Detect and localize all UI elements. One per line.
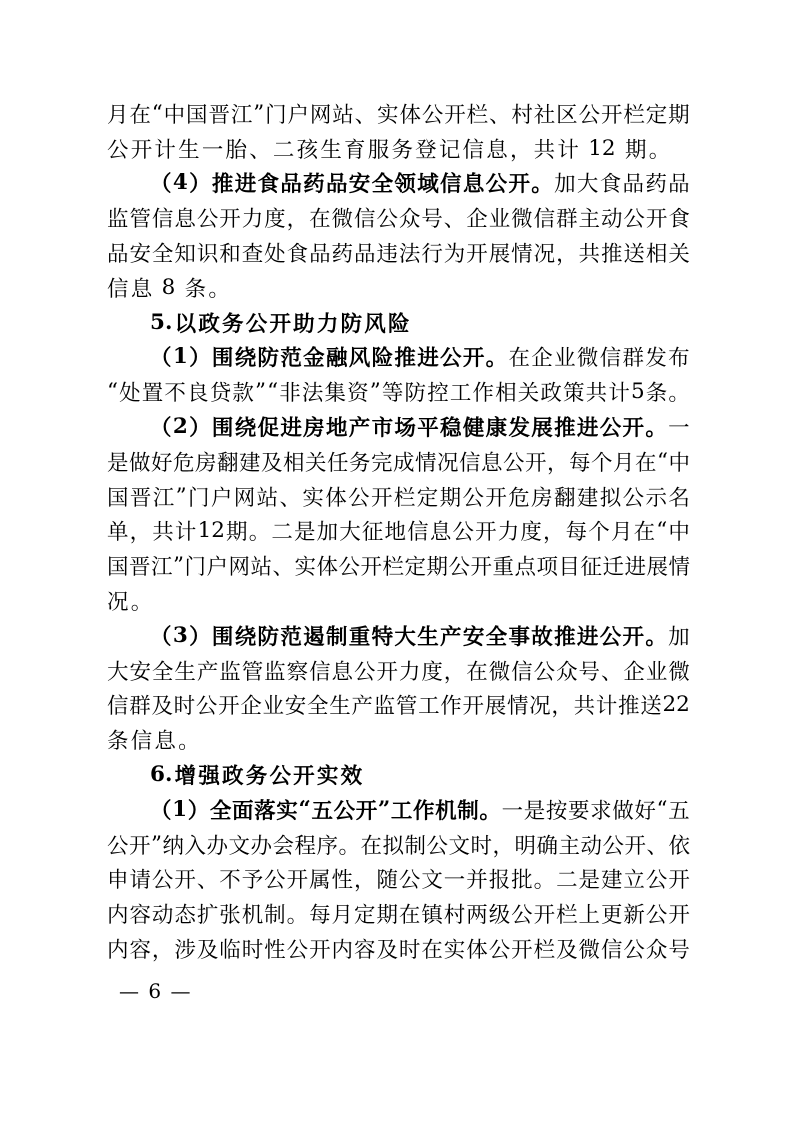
text-token: 动 xyxy=(601,202,623,233)
text-token: 二 xyxy=(271,515,293,546)
text-token: 力 xyxy=(399,655,421,686)
text-token: 号 xyxy=(668,933,690,964)
text-token: 晋 xyxy=(129,550,151,581)
bold-text-token: 故 xyxy=(531,620,553,651)
text-token: 防 xyxy=(405,376,427,407)
bold-text-token: ） xyxy=(189,411,211,442)
bold-text-token: 制 xyxy=(457,794,479,825)
text-token: 度 xyxy=(520,515,542,546)
text-token: 。 xyxy=(178,724,200,755)
text-token: 晋 xyxy=(130,481,152,512)
text-token: 全 xyxy=(152,655,174,686)
text-token: 信 xyxy=(511,655,533,686)
text-token: 属 xyxy=(309,863,331,894)
text-token: 知 xyxy=(174,237,196,268)
text-token: 公 xyxy=(579,98,601,129)
bold-text-token: 以 xyxy=(175,307,197,338)
text-token: 成 xyxy=(393,446,415,477)
text-token: 月 xyxy=(613,446,635,477)
text-token: 生 xyxy=(329,689,351,720)
text-token: 期 xyxy=(625,133,647,164)
text-token: 江 xyxy=(153,481,175,512)
bold-text-token: 进 xyxy=(577,411,599,442)
text-token: 开 xyxy=(601,98,623,129)
text-token: ， xyxy=(547,446,569,477)
text-token: 信 xyxy=(601,933,623,964)
text-token: 时 xyxy=(399,933,421,964)
text-token: 务 xyxy=(349,446,371,477)
text-token: 迁 xyxy=(602,550,624,581)
text-token: 做 xyxy=(129,446,151,477)
text-token: 、 xyxy=(279,481,301,512)
text-token: 集 xyxy=(325,376,347,407)
document-page: 月在“中国晋江”门户网站、实体公开栏、村社区公开栏定期公开计生一胎、二孩生育服务… xyxy=(0,0,793,1122)
text-token: 法 xyxy=(302,376,324,407)
text-token: 定 xyxy=(417,481,439,512)
text-token: 、 xyxy=(489,98,511,129)
text-token: 工 xyxy=(450,376,472,407)
text-token: 生 xyxy=(178,133,200,164)
text-token: 违 xyxy=(376,237,398,268)
text-token: 微 xyxy=(579,933,601,964)
text-token: 开 xyxy=(219,202,241,233)
text-token: 示 xyxy=(645,481,667,512)
document-body: 月在“中国晋江”门户网站、实体公开栏、村社区公开栏定期公开计生一胎、二孩生育服务… xyxy=(107,96,690,966)
text-token: 序 xyxy=(316,829,338,860)
text-token: 信 xyxy=(354,202,376,233)
text-token: 动 xyxy=(152,898,174,929)
text-token: 良 xyxy=(187,376,209,407)
bold-text-token: ） xyxy=(189,341,211,372)
text-token: 目 xyxy=(558,550,580,581)
text-token: 二 xyxy=(273,133,295,164)
text-token: 送 xyxy=(640,689,662,720)
bold-text-token: 进 xyxy=(280,411,302,442)
bold-text-token: 产 xyxy=(349,411,371,442)
text-token: 时 xyxy=(470,829,492,860)
text-token: ， xyxy=(354,863,376,894)
text-line: “处置不良贷款”“非法集资”等防控工作相关政策共计5条。 xyxy=(107,374,690,409)
text-token: 一 xyxy=(444,863,466,894)
text-token: 息 xyxy=(131,272,153,303)
text-token: 区 xyxy=(556,98,578,129)
text-token: 翻 xyxy=(217,446,239,477)
text-line: 6.增强政务公开实效 xyxy=(107,757,690,792)
text-token: 开 xyxy=(287,863,309,894)
text-token: 计 xyxy=(608,376,630,407)
text-token: 作 xyxy=(472,376,494,407)
text-token: 涉 xyxy=(174,933,196,964)
text-token: 款 xyxy=(232,376,254,407)
text-token: 开 xyxy=(309,933,331,964)
bold-text-token: 生 xyxy=(417,620,439,651)
text-token: 国 xyxy=(107,550,129,581)
text-token: 房 xyxy=(531,481,553,512)
bold-text-token: 公 xyxy=(246,307,268,338)
text-token: 办 xyxy=(206,829,228,860)
text-token: 公 xyxy=(448,550,470,581)
text-token: 、 xyxy=(197,863,219,894)
text-token: 不 xyxy=(164,376,186,407)
text-token: 及 xyxy=(151,689,173,720)
text-token: 业 xyxy=(263,689,285,720)
text-token: 报 xyxy=(489,863,511,894)
text-line: （3）围绕防范遏制重特大生产安全事故推进公开。加 xyxy=(107,618,690,653)
text-token: 12 xyxy=(198,518,225,543)
bold-text-token: 务 xyxy=(222,307,244,338)
bold-text-token: 五 xyxy=(311,794,333,825)
text-token: 展 xyxy=(646,550,668,581)
text-token: 共 xyxy=(534,133,556,164)
text-line: 公开”纳入办文办会程序。在拟制公文时，明确主动公开、依 xyxy=(107,827,690,862)
text-token: 户 xyxy=(211,481,233,512)
text-token: 作 xyxy=(440,689,462,720)
text-token: 开 xyxy=(129,829,151,860)
text-line: 国晋江”门户网站、实体公开栏定期公开危房翻建拟公示名 xyxy=(107,479,690,514)
text-token: 危 xyxy=(508,481,530,512)
text-token: 信 xyxy=(131,724,153,755)
text-token: 。 xyxy=(208,272,230,303)
bold-text-token: （ xyxy=(150,411,172,442)
bold-text-token: 市 xyxy=(372,411,394,442)
text-token: 月 xyxy=(332,898,354,929)
bold-text-token: 强 xyxy=(198,759,220,790)
text-token: 及 xyxy=(556,933,578,964)
text-token: 重 xyxy=(492,550,514,581)
text-token: 推 xyxy=(601,237,623,268)
bold-text-token: 开 xyxy=(356,794,378,825)
text-token: 务 xyxy=(391,133,413,164)
text-token: 任 xyxy=(327,446,349,477)
text-token: 企 xyxy=(466,202,488,233)
text-token: 公 xyxy=(452,515,474,546)
text-token: 条 xyxy=(107,724,129,755)
bold-text-token: 。 xyxy=(531,167,553,198)
text-token: 容 xyxy=(129,933,151,964)
text-token: 国 xyxy=(107,481,129,512)
text-token: 。 xyxy=(287,898,309,929)
text-token: 时 xyxy=(174,689,196,720)
text-token: 公 xyxy=(489,933,511,964)
text-token: 群 xyxy=(129,689,151,720)
bold-text-token: 围 xyxy=(212,620,234,651)
text-token: 产 xyxy=(351,689,373,720)
bold-text-token: 公 xyxy=(269,759,291,790)
text-token: ， xyxy=(444,655,466,686)
text-token: ” xyxy=(176,484,187,509)
text-token: 征 xyxy=(580,550,602,581)
text-line: （1）围绕防范金融风险推进公开。在企业微信群发布 xyxy=(107,340,690,375)
bold-text-token: 食 xyxy=(258,167,280,198)
text-token: 及 xyxy=(261,446,283,477)
bold-text-token: 推 xyxy=(394,341,416,372)
text-token: 申 xyxy=(107,863,129,894)
text-token: 信 xyxy=(459,446,481,477)
text-token: 栏 xyxy=(467,98,489,129)
text-token: 好 xyxy=(151,446,173,477)
bold-text-token: 5. xyxy=(150,310,172,335)
bold-text-token: ” xyxy=(378,797,390,822)
text-token: 处 xyxy=(119,376,141,407)
text-token: 开 xyxy=(668,898,690,929)
text-token: 众 xyxy=(646,933,668,964)
text-token: 发 xyxy=(645,341,667,372)
text-token: 管 xyxy=(242,655,264,686)
text-token: 单 xyxy=(107,515,129,546)
text-token: 处 xyxy=(264,237,286,268)
text-token: 立 xyxy=(623,863,645,894)
bold-text-token: 险 xyxy=(372,341,394,372)
text-token: 5 xyxy=(631,379,645,404)
text-token: 建 xyxy=(577,481,599,512)
text-line: 内容动态扩张机制。每月定期在镇村两级公开栏上更新公开 xyxy=(107,896,690,931)
text-token: ， xyxy=(287,202,309,233)
text-token: 大 xyxy=(577,167,599,198)
text-token: 性 xyxy=(264,933,286,964)
text-token: 药 xyxy=(645,167,667,198)
text-token: 期 xyxy=(426,550,448,581)
text-line: 条信息。 xyxy=(107,722,690,757)
bold-text-token: 公 xyxy=(486,167,508,198)
text-token: 级 xyxy=(489,898,511,929)
text-line: 大安全生产监管监察信息公开力度，在微信公众号、企业微 xyxy=(107,653,690,688)
text-token: 服 xyxy=(368,133,390,164)
text-token: 实 xyxy=(302,481,324,512)
text-token: 大 xyxy=(107,655,129,686)
text-token: 体 xyxy=(466,933,488,964)
text-token: 息 xyxy=(481,446,503,477)
text-token: 息 xyxy=(486,133,508,164)
bold-text-token: 1 xyxy=(172,797,187,822)
text-token: 公 xyxy=(107,133,129,164)
text-token: 资 xyxy=(347,376,369,407)
bold-text-token: “ xyxy=(298,797,310,822)
text-token: 法 xyxy=(399,237,421,268)
bold-text-token: 开 xyxy=(623,411,645,442)
text-token: 信 xyxy=(107,689,129,720)
text-token: 每 xyxy=(569,446,591,477)
bold-text-token: 实 xyxy=(276,794,298,825)
text-line: （2）围绕促进房地产市场平稳健康发展推进公开。一 xyxy=(107,409,690,444)
text-token: 晋 xyxy=(208,98,230,129)
bold-text-token: 开 xyxy=(293,759,315,790)
text-token: 名 xyxy=(668,481,690,512)
text-token: 、 xyxy=(646,829,668,860)
text-token: 实 xyxy=(444,933,466,964)
bold-text-token: 全 xyxy=(210,794,232,825)
text-token: 开 xyxy=(463,689,485,720)
bold-text-token: 防 xyxy=(341,307,363,338)
text-token: 力 xyxy=(498,515,520,546)
text-token: ” xyxy=(151,832,162,857)
text-token: 管 xyxy=(396,689,418,720)
text-token: “ xyxy=(107,379,118,404)
bold-text-token: 信 xyxy=(440,167,462,198)
text-token: 全 xyxy=(152,237,174,268)
bold-text-token: ） xyxy=(188,794,210,825)
text-line: 监管信息公开力度，在微信公众号、企业微信群主动公开食 xyxy=(107,200,690,235)
text-token: 定 xyxy=(646,98,668,129)
bold-text-token: 效 xyxy=(341,759,363,790)
bold-text-token: 促 xyxy=(258,411,280,442)
bold-text-token: 开 xyxy=(463,341,485,372)
text-token: 公 xyxy=(646,863,668,894)
text-token: 度 xyxy=(264,202,286,233)
text-token: 。 xyxy=(338,829,360,860)
bold-text-token: 范 xyxy=(280,620,302,651)
text-token: 做 xyxy=(612,794,634,825)
text-token: 临 xyxy=(219,933,241,964)
text-token: 条 xyxy=(185,272,207,303)
text-token: 信 xyxy=(407,515,429,546)
text-token: 号 xyxy=(421,202,443,233)
text-token: 计 xyxy=(154,133,176,164)
text-token: 上 xyxy=(579,898,601,929)
text-token: 建 xyxy=(601,863,623,894)
text-token: 户 xyxy=(206,550,228,581)
bold-text-token: 。 xyxy=(645,411,667,442)
bold-text-token: 力 xyxy=(317,307,339,338)
text-token: 栏 xyxy=(556,898,578,929)
bold-text-token: 稳 xyxy=(440,411,462,442)
text-token: 是 xyxy=(107,446,129,477)
text-token: 。 xyxy=(534,863,556,894)
text-token: 共 xyxy=(579,237,601,268)
text-line: 信息8条。 xyxy=(107,270,690,305)
text-token: 一 xyxy=(202,133,224,164)
text-token: 况 xyxy=(529,689,551,720)
text-token: 为 xyxy=(444,237,466,268)
text-token: 在 xyxy=(309,202,331,233)
text-token: 监 xyxy=(264,655,286,686)
text-token: 微 xyxy=(489,655,511,686)
text-token: 翻 xyxy=(554,481,576,512)
bold-text-token: ） xyxy=(189,167,211,198)
bold-text-token: 围 xyxy=(212,341,234,372)
bold-text-token: 增 xyxy=(175,759,197,790)
text-token: 容 xyxy=(354,933,376,964)
bold-text-token: 产 xyxy=(440,620,462,651)
text-token: ， xyxy=(510,133,532,164)
bold-text-token: 风 xyxy=(349,341,371,372)
text-token: 公 xyxy=(623,933,645,964)
text-token: 机 xyxy=(242,898,264,929)
text-token: 品 xyxy=(107,237,129,268)
text-token: 共 xyxy=(574,689,596,720)
text-token: 。 xyxy=(131,585,153,616)
bold-text-token: （ xyxy=(150,341,172,372)
bold-text-token: 2 xyxy=(173,414,188,439)
text-token: 品 xyxy=(309,237,331,268)
text-token: 况 xyxy=(534,237,556,268)
text-token: 公 xyxy=(399,863,421,894)
text-token: 在 xyxy=(421,933,443,964)
text-token: 公 xyxy=(197,202,219,233)
text-token: 公 xyxy=(503,446,525,477)
text-token: 开 xyxy=(624,829,646,860)
text-token: 关 xyxy=(668,237,690,268)
text-token: 会 xyxy=(272,829,294,860)
text-token: 请 xyxy=(129,863,151,894)
text-token: 计 xyxy=(175,515,197,546)
text-token: 。 xyxy=(668,376,690,407)
text-token: 门 xyxy=(265,98,287,129)
text-token: ” xyxy=(253,101,264,126)
text-token: 计 xyxy=(596,689,618,720)
text-token: 计 xyxy=(557,133,579,164)
text-token: 开 xyxy=(174,863,196,894)
text-token: 开 xyxy=(646,202,668,233)
text-token: 房 xyxy=(195,446,217,477)
text-token: 并 xyxy=(466,863,488,894)
text-token: 个 xyxy=(588,515,610,546)
text-token: 情 xyxy=(668,550,690,581)
text-token: 公 xyxy=(422,98,444,129)
text-token: 办 xyxy=(250,829,272,860)
text-token: 记 xyxy=(439,133,461,164)
text-token: 纳 xyxy=(162,829,184,860)
bold-text-token: （ xyxy=(150,620,172,651)
text-token: 公 xyxy=(338,550,360,581)
text-token: 公 xyxy=(376,202,398,233)
text-token: 群 xyxy=(556,202,578,233)
text-token: 村 xyxy=(511,98,533,129)
text-token: 及 xyxy=(197,933,219,964)
text-token: 二 xyxy=(556,863,578,894)
bold-text-token: 务 xyxy=(246,759,268,790)
bold-text-token: 特 xyxy=(372,620,394,651)
bold-text-token: 事 xyxy=(508,620,530,651)
text-token: 息 xyxy=(430,515,452,546)
text-token: “ xyxy=(656,518,667,543)
text-token: 在 xyxy=(399,898,421,929)
bold-text-token: 6. xyxy=(150,762,172,787)
bold-text-token: 绕 xyxy=(235,341,257,372)
bold-text-token: 安 xyxy=(463,620,485,651)
text-token: 开 xyxy=(360,550,382,581)
text-token: ， xyxy=(551,689,573,720)
text-token: 体 xyxy=(399,98,421,129)
bold-text-token: 重 xyxy=(349,620,371,651)
text-token: 育 xyxy=(344,133,366,164)
text-token: 予 xyxy=(242,863,264,894)
text-token: 生 xyxy=(174,655,196,686)
bold-text-token: 绕 xyxy=(235,620,257,651)
text-line: 单，共计12期。二是加大征地信息公开力度，每个月在“中 xyxy=(107,514,690,549)
text-token: 开 xyxy=(668,863,690,894)
text-token: 众 xyxy=(399,202,421,233)
text-token: 8 xyxy=(162,275,176,300)
text-token: 完 xyxy=(371,446,393,477)
text-token: 管 xyxy=(129,202,151,233)
bold-text-token: 实 xyxy=(317,759,339,790)
text-token: 开 xyxy=(534,898,556,929)
text-token: 更 xyxy=(601,898,623,929)
bold-text-token: 全 xyxy=(486,620,508,651)
bold-text-token: 进 xyxy=(577,620,599,651)
bold-text-token: 康 xyxy=(486,411,508,442)
text-token: 实 xyxy=(377,98,399,129)
text-token: 公 xyxy=(196,689,218,720)
text-token: 项 xyxy=(536,550,558,581)
bold-text-token: 落 xyxy=(254,794,276,825)
text-token: 行 xyxy=(421,237,443,268)
bold-text-token: 机 xyxy=(435,794,457,825)
text-line: 信群及时公开企业安全生产监管工作开展情况，共计推送22 xyxy=(107,688,690,723)
text-token: 户 xyxy=(287,98,309,129)
text-token: 信 xyxy=(463,133,485,164)
text-token: 门 xyxy=(188,481,210,512)
